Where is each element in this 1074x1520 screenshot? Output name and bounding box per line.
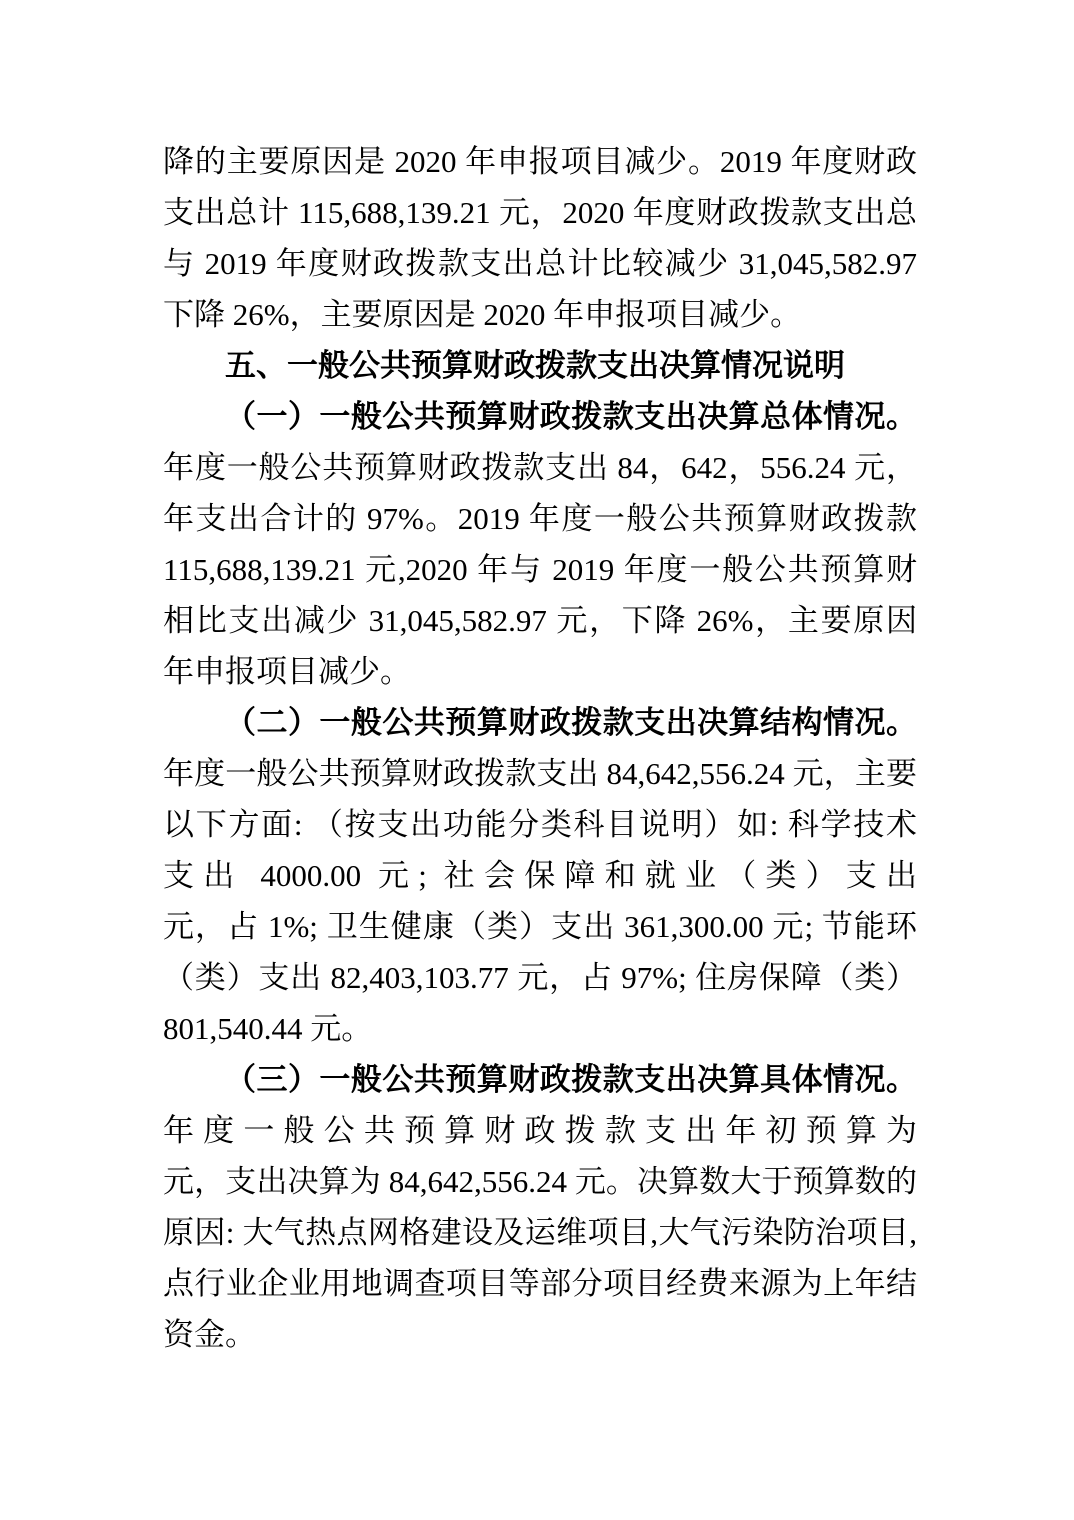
subsection-2-title: （二）一般公共预算财政拨款支出决算结构情况。 bbox=[225, 705, 917, 740]
body-line: 年支出合计的 97%。2019 年度一般公共预算财政拨款支出 bbox=[163, 493, 917, 544]
document-page: 降的主要原因是 2020 年申报项目减少。2019 年度财政拨款 支出总计 11… bbox=[0, 0, 1074, 1520]
body-line: 降的主要原因是 2020 年申报项目减少。2019 年度财政拨款 bbox=[163, 136, 917, 187]
body-line: 支出总计 115,688,139.21 元，2020 年度财政拨款支出总计 bbox=[163, 187, 917, 238]
body-line: 资金。 bbox=[163, 1309, 917, 1360]
body-line: 原因: 大气热点网格建设及运维项目,大气污染防治项目,重 bbox=[163, 1207, 917, 1258]
body-line: 与 2019 年度财政拨款支出总计比较减少 31,045,582.97 元， bbox=[163, 238, 917, 289]
body-line: 年度一般公共预算财政拨款支出 84,642,556.24 元，主要用于 bbox=[163, 748, 917, 799]
body-line: 点行业企业用地调查项目等部分项目经费来源为上年结转 bbox=[163, 1258, 917, 1309]
body-line: 元，占 1%; 卫生健康（类）支出 361,300.00 元; 节能环保 bbox=[163, 901, 917, 952]
body-line: （类）支出 82,403,103.77 元，占 97%; 住房保障（类）支出 bbox=[163, 952, 917, 1003]
section-5-heading: 五、一般公共预算财政拨款支出决算情况说明 bbox=[163, 340, 917, 391]
subsection-2-heading: （二）一般公共预算财政拨款支出决算结构情况。2020 bbox=[163, 697, 917, 748]
body-line: 年申报项目减少。 bbox=[163, 646, 917, 697]
body-line: 元，支出决算为 84,642,556.24 元。决算数大于预算数的主要 bbox=[163, 1156, 917, 1207]
body-line: 下降 26%，主要原因是 2020 年申报项目减少。 bbox=[163, 289, 917, 340]
subsection-1-title: （一）一般公共预算财政拨款支出决算总体情况。 bbox=[225, 399, 917, 434]
body-line: 801,540.44 元。 bbox=[163, 1003, 917, 1054]
body-line: 115,688,139.21 元,2020 年与 2019 年度一般公共预算财政… bbox=[163, 544, 917, 595]
text-block: 降的主要原因是 2020 年申报项目减少。2019 年度财政拨款 支出总计 11… bbox=[163, 136, 917, 1360]
body-line: 相比支出减少 31,045,582.97 元，下降 26%，主要原因是 2020 bbox=[163, 595, 917, 646]
body-line: 以下方面: （按支出功能分类科目说明）如: 科学技术（类） bbox=[163, 799, 917, 850]
body-line: 年度一般公共预算财政拨款支出年初预算为 55,226,900.00 bbox=[163, 1105, 917, 1156]
body-line: 年度一般公共预算财政拨款支出 84，642，556.24 元，占本 bbox=[163, 442, 917, 493]
body-line: 支出 4000.00 元; 社会保障和就业（类）支出 1,072,612.03 bbox=[163, 850, 917, 901]
subsection-3-title: （三）一般公共预算财政拨款支出决算具体情况。 bbox=[225, 1062, 917, 1097]
subsection-1-heading: （一）一般公共预算财政拨款支出决算总体情况。2020 bbox=[163, 391, 917, 442]
subsection-3-heading: （三）一般公共预算财政拨款支出决算具体情况。2020 bbox=[163, 1054, 917, 1105]
